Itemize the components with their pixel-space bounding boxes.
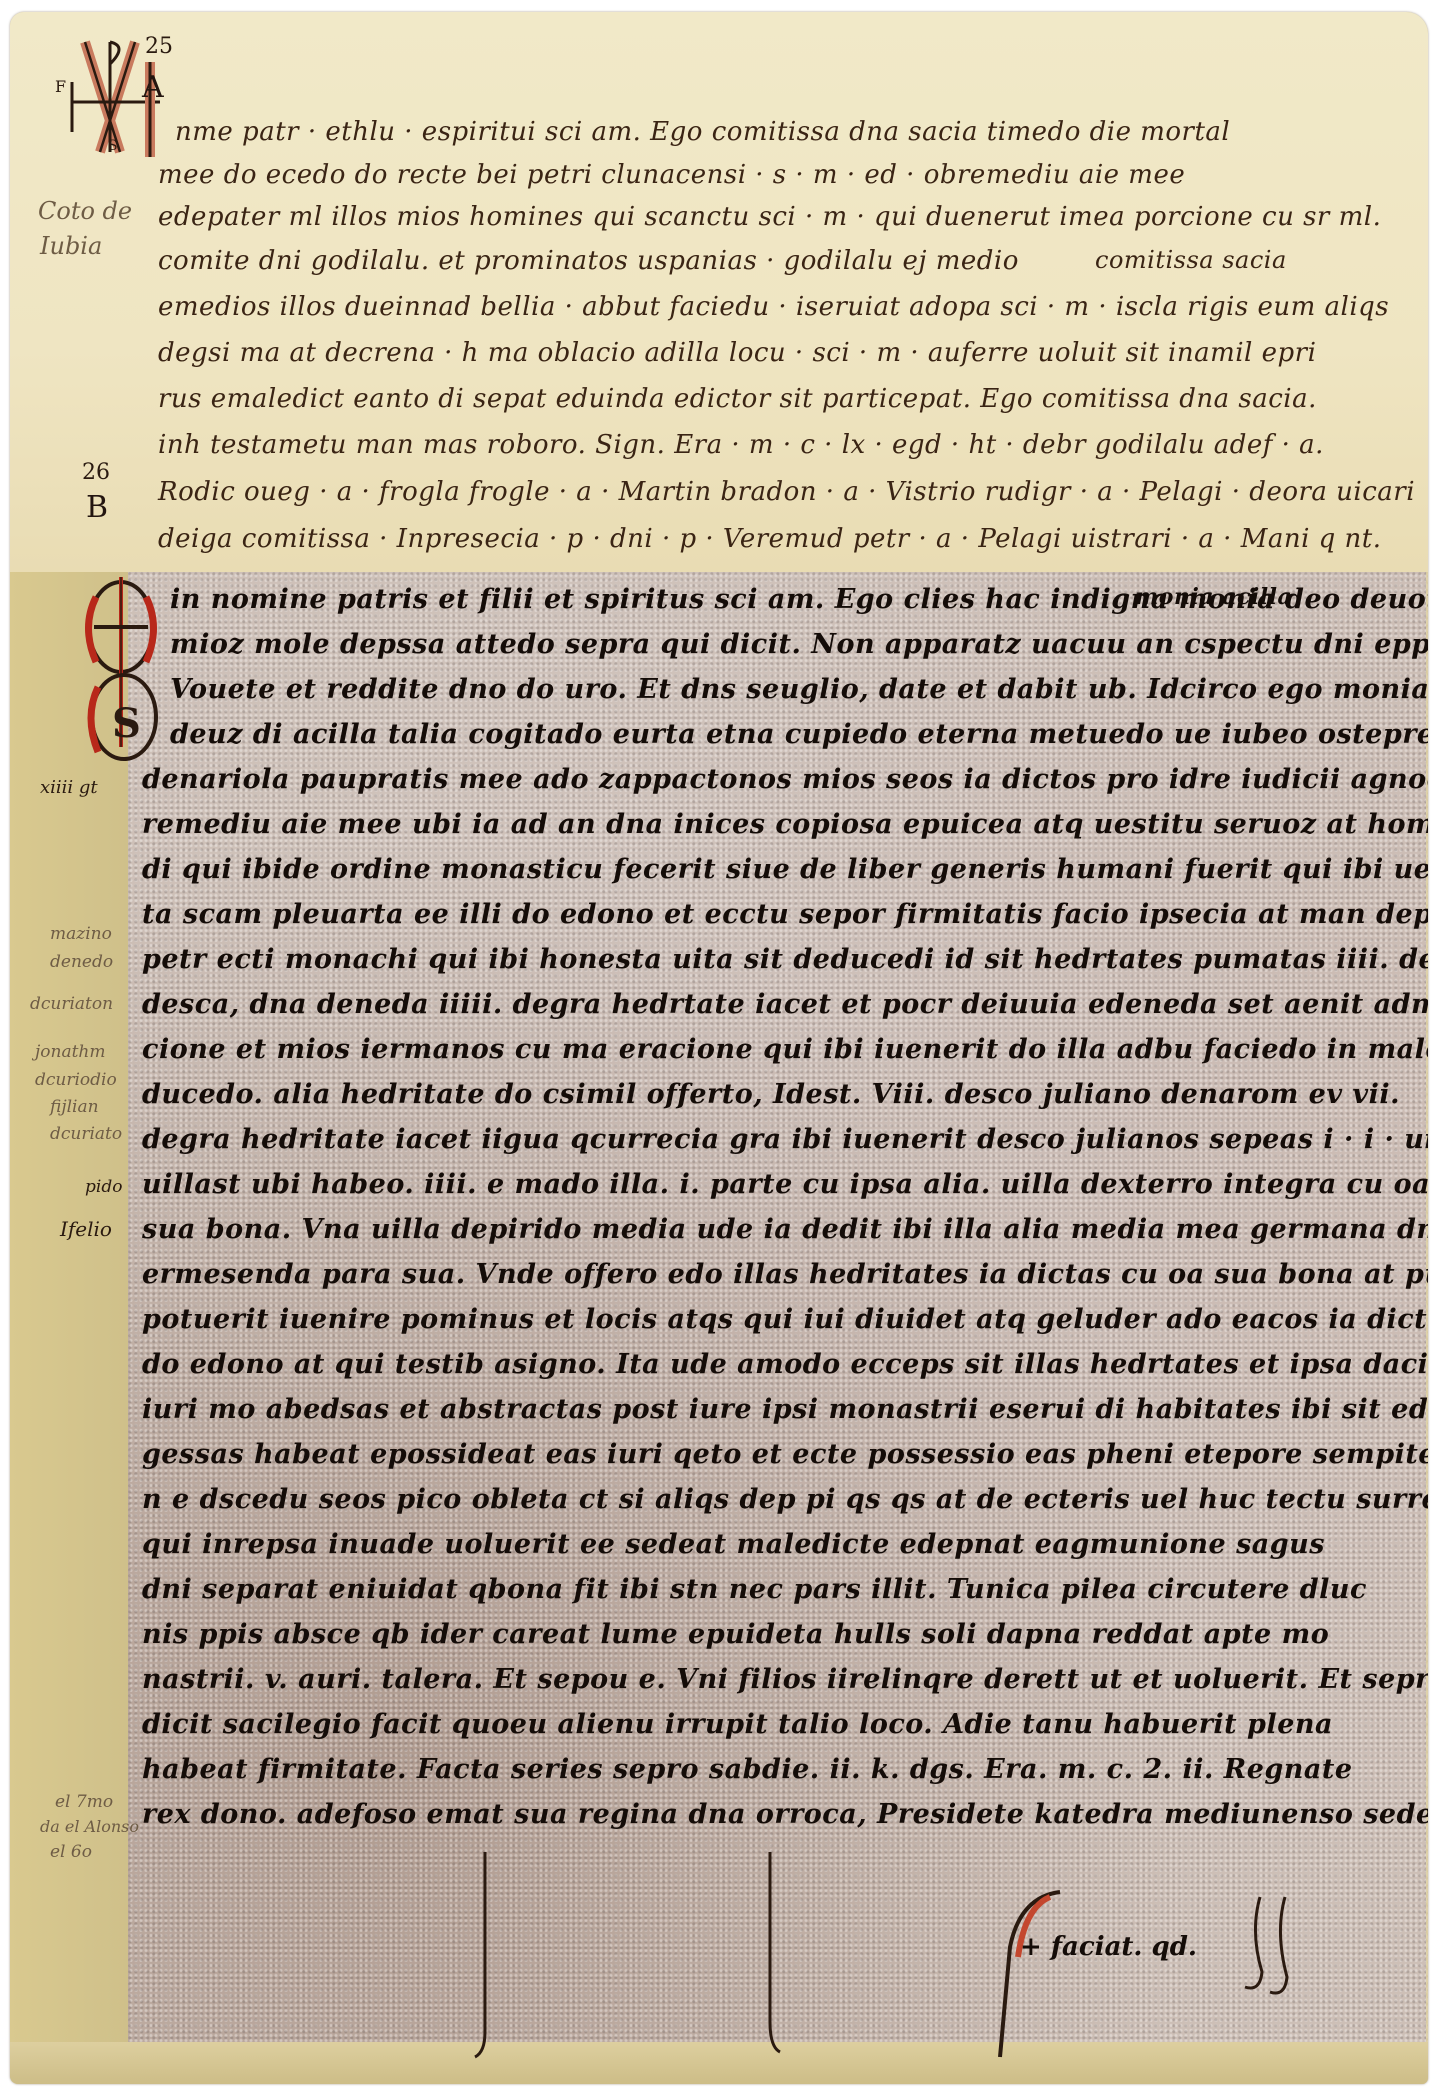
- signature-flourish-icon: [990, 1887, 1080, 2062]
- margin-note: denedo: [50, 952, 113, 972]
- charter-a-line: emedios illos dueinnad bellia · abbut fa…: [158, 292, 1389, 322]
- charter-b-letter: B: [86, 490, 108, 525]
- margin-note: el 6o: [50, 1842, 92, 1862]
- svg-text:S: S: [112, 700, 141, 747]
- charter-b-line: sua bona. Vna uilla depirido media ude i…: [142, 1214, 1428, 1245]
- charter-a-rubric: comitissa sacia: [1095, 246, 1287, 274]
- charter-b-line: ermesenda para sua. Vnde offero edo illa…: [142, 1259, 1428, 1290]
- charter-b-line: habeat firmitate. Facta series sepro sab…: [142, 1754, 1353, 1785]
- charter-a-line: Rodic oueg · a · frogla frogle · a · Mar…: [158, 477, 1415, 507]
- margin-note: dcuriodio: [35, 1070, 117, 1090]
- margin-note: el 7mo: [55, 1792, 113, 1812]
- charter-a-line: edepater ml illos mios homines qui scanc…: [158, 202, 1381, 232]
- margin-note: dcuriaton: [30, 994, 113, 1014]
- signature-text: + faciat. qd.: [1020, 1932, 1197, 1962]
- charter-a-line: rus emaledict eanto di sepat eduinda edi…: [158, 384, 1317, 414]
- charter-b-line: uillast ubi habeo. iiii. e mado illa. i.…: [142, 1169, 1428, 1200]
- margin-note: jonathm: [35, 1042, 106, 1062]
- charter-b-line: ducedo. alia hedritate do csimil offerto…: [142, 1079, 1400, 1110]
- margin-note: xiiii gt: [40, 777, 98, 798]
- charter-b-line: nis ppis absce qb ider careat lume epuid…: [142, 1619, 1329, 1650]
- margin-note: da el Alonso: [40, 1817, 139, 1836]
- charter-b-line: di qui ibide ordine monasticu fecerit si…: [142, 854, 1428, 885]
- charter-b-line: denariola paupratis mee ado zappactonos …: [142, 764, 1428, 795]
- charter-b-line: mioz mole depssa attedo sepra qui dicit.…: [170, 629, 1428, 660]
- charter-a-line: deiga comitissa · Inpresecia · p · dni ·…: [158, 524, 1382, 554]
- charter-a-line: inh testametu man mas roboro. Sign. Era …: [158, 430, 1324, 460]
- bottom-margin-strip: [10, 2042, 1428, 2084]
- descender-stroke-icon: [470, 1852, 500, 2062]
- charter-b-line: iuri mo abedsas et abstractas post iure …: [142, 1394, 1428, 1425]
- charter-b-line: desca, dna deneda iiiii. degra hedrtate …: [142, 989, 1428, 1020]
- charter-a-line: mee do ecedo do recte bei petri clunacen…: [158, 160, 1185, 190]
- svg-text:S: S: [108, 138, 118, 154]
- margin-note: Ifelio: [60, 1217, 112, 1241]
- margin-note: dcuriato: [50, 1124, 122, 1144]
- charter-b-line: potuerit iuenire pominus et locis atqs q…: [142, 1304, 1428, 1335]
- charter-b-line: rex dono. adefoso emat sua regina dna or…: [142, 1799, 1428, 1830]
- manuscript-page: F S 25 A nme patr · ethlu · espiritui sc…: [10, 12, 1428, 2084]
- margin-note: mazino: [50, 924, 112, 944]
- charter-b-rubric: monia acilla: [1135, 584, 1292, 610]
- charter-b-line: remediu aie mee ubi ia ad an dna inices …: [142, 809, 1428, 840]
- charter-b-line: gessas habeat epossideat eas iuri qeto e…: [142, 1439, 1428, 1470]
- margin-note: Coto de: [38, 197, 132, 225]
- margin-note: fijlian: [50, 1097, 99, 1117]
- charter-a-line: degsi ma at decrena · h ma oblacio adill…: [158, 338, 1316, 368]
- margin-note: Iubia: [40, 232, 102, 260]
- charter-b-line: petr ecti monachi qui ibi honesta uita s…: [142, 944, 1428, 975]
- charter-a-number: 25: [145, 34, 173, 59]
- charter-a-line: comite dni godilalu. et prominatos uspan…: [158, 246, 1019, 276]
- charter-b-line: dni separat eniuidat qbona fit ibi stn n…: [142, 1574, 1367, 1605]
- charter-b-line: nastrii. v. auri. talera. Et sepou e. Vn…: [142, 1664, 1428, 1695]
- charter-b-line: dicit sacilegio facit quoeu alienu irrup…: [142, 1709, 1333, 1740]
- charter-b-line: cione et mios iermanos cu ma eracione qu…: [142, 1034, 1428, 1065]
- svg-text:F: F: [55, 77, 66, 96]
- charter-b-line: deuz di acilla talia cogitado eurta etna…: [170, 719, 1428, 750]
- charter-b-line: n e dscedu seos pico obleta ct si aliqs …: [142, 1484, 1428, 1515]
- charter-b-line: qui inrepsa inuade uoluerit ee sedeat ma…: [142, 1529, 1325, 1560]
- charter-b-number: 26: [82, 460, 110, 485]
- charter-b-line: ta scam pleuarta ee illi do edono et ecc…: [142, 899, 1428, 930]
- charter-b-line: degra hedritate iacet iigua qcurrecia gr…: [142, 1124, 1428, 1155]
- charter-a-letter: A: [142, 70, 164, 105]
- descender-stroke-icon: [755, 1852, 785, 2062]
- charter-a-line: nme patr · ethlu · espiritui sci am. Ego…: [175, 117, 1230, 147]
- subscription-mark-icon: [1240, 1892, 1310, 2002]
- charter-b-line: do edono at qui testib asigno. Ita ude a…: [142, 1349, 1428, 1380]
- charter-b-line: Vouete et reddite dno do uro. Et dns seu…: [170, 674, 1428, 705]
- margin-note: pido: [85, 1177, 122, 1197]
